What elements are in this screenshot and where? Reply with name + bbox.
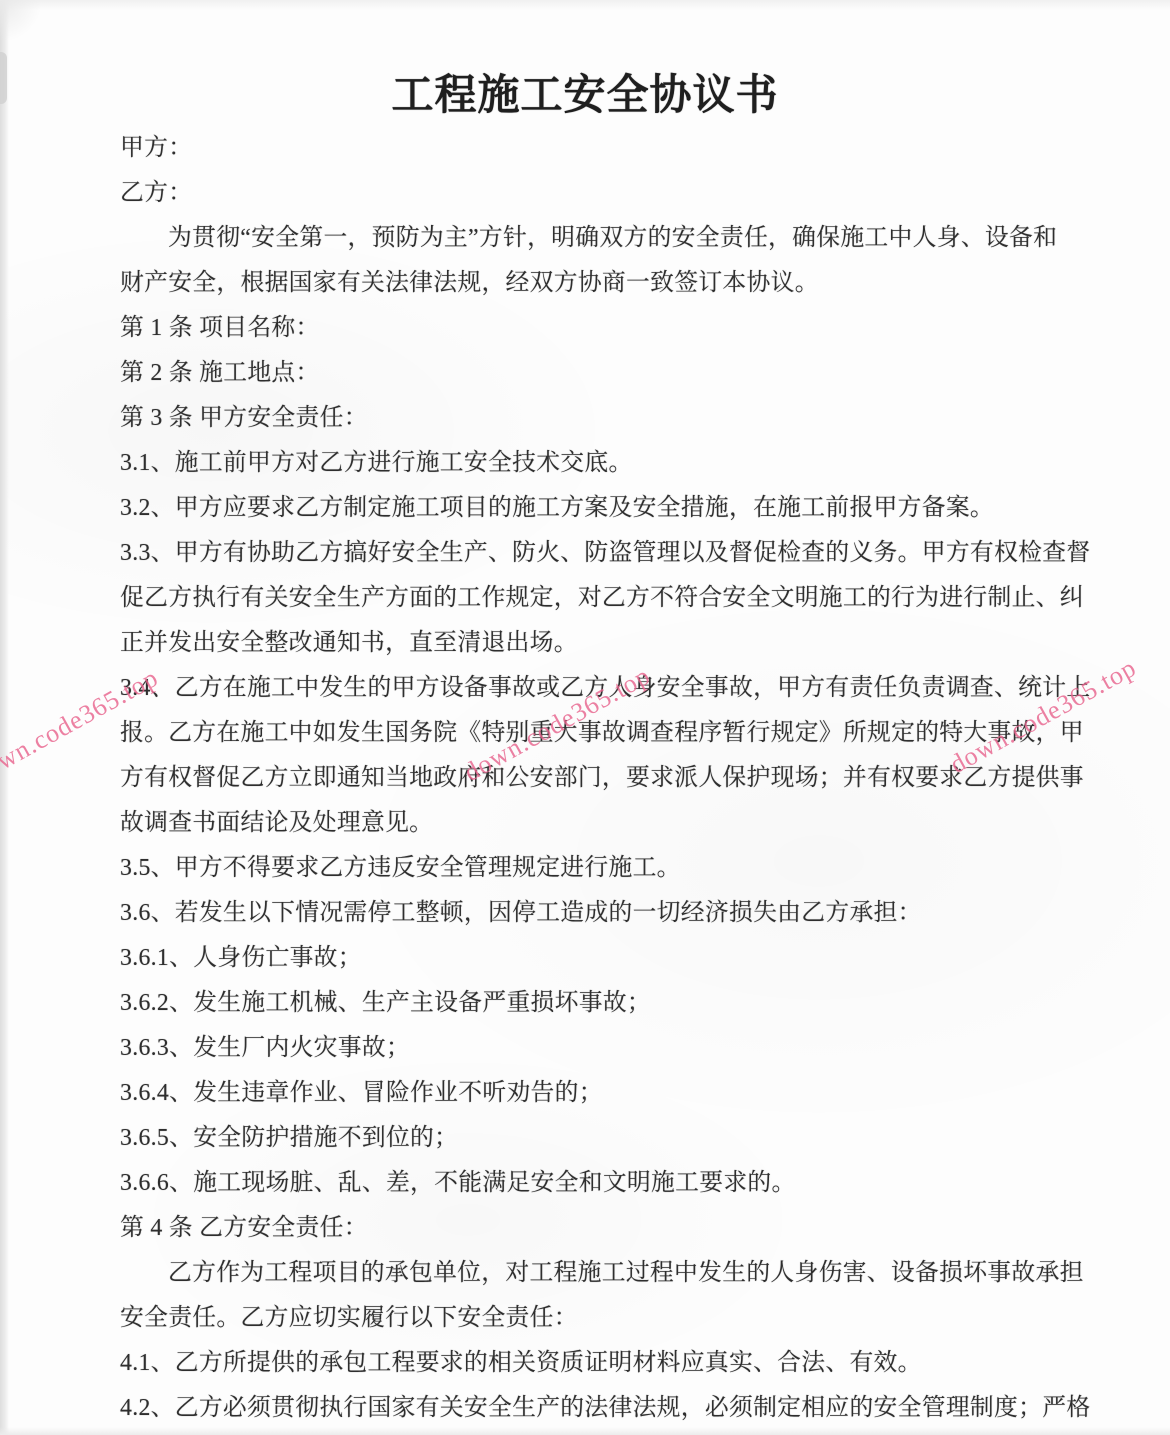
document-line: 第 4 条 乙方安全责任： <box>120 1206 1065 1251</box>
document-page: 工程施工安全协议书 甲方：乙方：为贯彻“安全第一，预防为主”方针，明确双方的安全… <box>0 0 1170 1435</box>
document-line: 3.4、乙方在施工中发生的甲方设备事故或乙方人身安全事故，甲方有责任负责调查、统… <box>120 666 1065 711</box>
document-line: 3.6.4、发生违章作业、冒险作业不听劝告的； <box>120 1071 1065 1116</box>
document-line: 3.5、甲方不得要求乙方违反安全管理规定进行施工。 <box>120 846 1065 891</box>
document-line: 为贯彻“安全第一，预防为主”方针，明确双方的安全责任，确保施工中人身、设备和 <box>120 216 1065 261</box>
document-line: 第 1 条 项目名称： <box>120 306 1065 351</box>
document-line: 3.6.1、人身伤亡事故； <box>120 936 1065 981</box>
document-line: 正并发出安全整改通知书，直至清退出场。 <box>120 621 1065 666</box>
document-line: 4.1、乙方所提供的承包工程要求的相关资质证明材料应真实、合法、有效。 <box>120 1341 1065 1386</box>
document-line: 财产安全，根据国家有关法律法规，经双方协商一致签订本协议。 <box>120 261 1065 306</box>
document-title: 工程施工安全协议书 <box>0 66 1170 126</box>
document-line: 方有权督促乙方立即通知当地政府和公安部门，要求派人保护现场；并有权要求乙方提供事 <box>120 756 1065 801</box>
document-body: 甲方：乙方：为贯彻“安全第一，预防为主”方针，明确双方的安全责任，确保施工中人身… <box>120 126 1065 1431</box>
scan-edge-corner <box>0 0 40 40</box>
document-line: 故调查书面结论及处理意见。 <box>120 801 1065 846</box>
document-line: 报。乙方在施工中如发生国务院《特别重大事故调查程序暂行规定》所规定的特大事故，甲 <box>120 711 1065 756</box>
document-line: 3.2、甲方应要求乙方制定施工项目的施工方案及安全措施，在施工前报甲方备案。 <box>120 486 1065 531</box>
document-line: 乙方作为工程项目的承包单位，对工程施工过程中发生的人身伤害、设备损坏事故承担 <box>120 1251 1065 1296</box>
document-line: 3.1、施工前甲方对乙方进行施工安全技术交底。 <box>120 441 1065 486</box>
scan-edge-left <box>0 0 9 1435</box>
document-line: 3.6.3、发生厂内火灾事故； <box>120 1026 1065 1071</box>
document-line: 4.2、乙方必须贯彻执行国家有关安全生产的法律法规，必须制定相应的安全管理制度；… <box>120 1386 1065 1431</box>
document-line: 3.3、甲方有协助乙方搞好安全生产、防火、防盗管理以及督促检查的义务。甲方有权检… <box>120 531 1065 576</box>
document-line: 促乙方执行有关安全生产方面的工作规定，对乙方不符合安全文明施工的行为进行制止、纠 <box>120 576 1065 621</box>
document-line: 甲方： <box>120 126 1065 171</box>
scan-edge-top <box>0 0 1170 10</box>
document-line: 3.6、若发生以下情况需停工整顿，因停工造成的一切经济损失由乙方承担： <box>120 891 1065 936</box>
document-line: 第 3 条 甲方安全责任： <box>120 396 1065 441</box>
document-line: 乙方： <box>120 171 1065 216</box>
document-line: 3.6.2、发生施工机械、生产主设备严重损坏事故； <box>120 981 1065 1026</box>
document-line: 安全责任。乙方应切实履行以下安全责任： <box>120 1296 1065 1341</box>
document-line: 第 2 条 施工地点： <box>120 351 1065 396</box>
document-line: 3.6.5、安全防护措施不到位的； <box>120 1116 1065 1161</box>
document-line: 3.6.6、施工现场脏、乱、差，不能满足安全和文明施工要求的。 <box>120 1161 1065 1206</box>
